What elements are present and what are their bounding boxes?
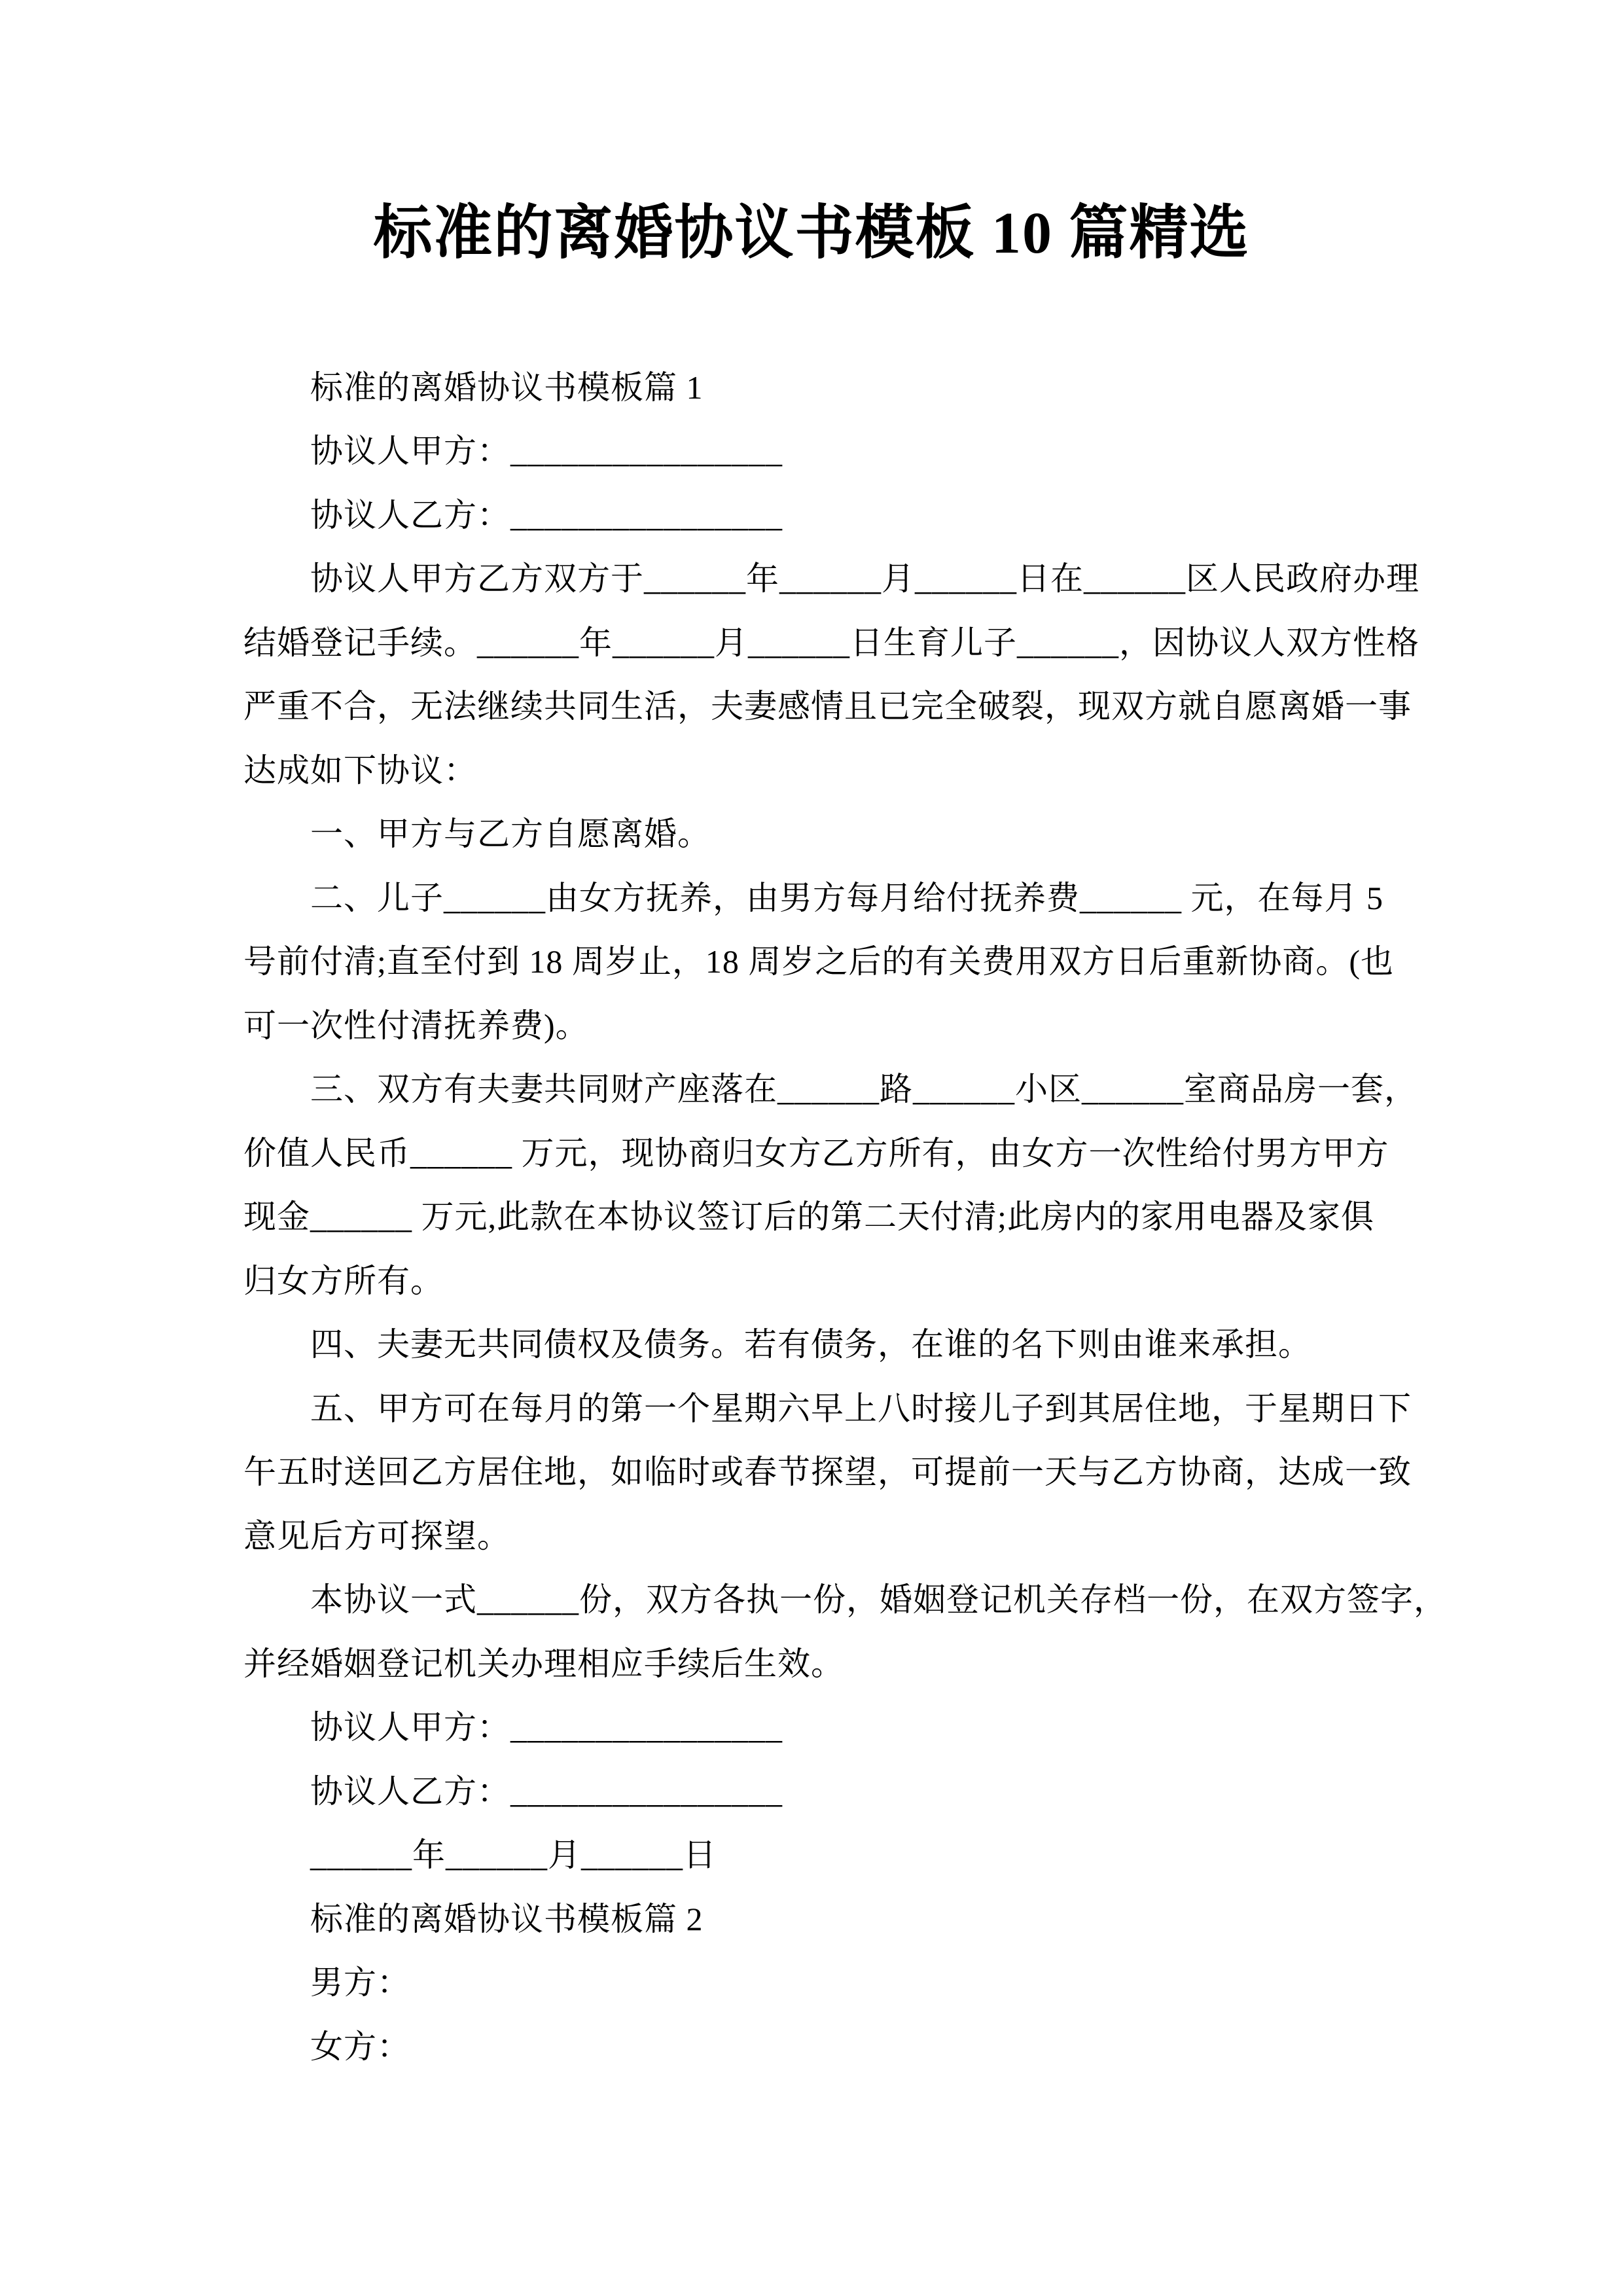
doc-line: 号前付清;直至付到 18 周岁止，18 周岁之后的有关费用双方日后重新协商。(也	[243, 930, 1414, 994]
party-b-blank-line: 协议人乙方：________________	[243, 484, 1414, 548]
husband-label-line: 男方：	[243, 1951, 1414, 2015]
signature-party-a-line: 协议人甲方：________________	[243, 1696, 1414, 1760]
section-2-heading: 标准的离婚协议书模板篇 2	[243, 1888, 1414, 1952]
document-body: 标准的离婚协议书模板篇 1 协议人甲方：________________ 协议人…	[0, 356, 1623, 2079]
clause-5-line: 五、甲方可在每月的第一个星期六早上八时接儿子到其居住地，于星期日下	[243, 1377, 1414, 1441]
doc-line: 归女方所有。	[243, 1249, 1414, 1314]
doc-line: 并经婚姻登记机关办理相应手续后生效。	[243, 1632, 1414, 1696]
doc-line: 结婚登记手续。______年______月______日生育儿子______，因…	[243, 611, 1414, 675]
doc-line: 现金______ 万元,此款在本协议签订后的第二天付清;此房内的家用电器及家俱	[243, 1185, 1414, 1249]
clause-3-line: 三、双方有夫妻共同财产座落在______路______小区______室商品房一…	[243, 1058, 1414, 1122]
doc-line: 严重不合，无法继续共同生活，夫妻感情且已完全破裂，现双方就自愿离婚一事	[243, 675, 1414, 739]
doc-line: 达成如下协议：	[243, 739, 1414, 803]
clause-4-line: 四、夫妻无共同债权及债务。若有债务，在谁的名下则由谁来承担。	[243, 1313, 1414, 1377]
doc-line: 意见后方可探望。	[243, 1505, 1414, 1569]
doc-line: 价值人民币______ 万元，现协商归女方乙方所有，由女方一次性给付男方甲方	[243, 1122, 1414, 1186]
page-title: 标准的离婚协议书模板 10 篇精选	[0, 0, 1623, 268]
doc-line: 协议人甲方乙方双方于______年______月______日在______区人…	[243, 547, 1414, 611]
signature-date-line: ______年______月______日	[243, 1823, 1414, 1888]
clause-1-line: 一、甲方与乙方自愿离婚。	[243, 802, 1414, 867]
clause-2-line: 二、儿子______由女方抚养，由男方每月给付抚养费______ 元，在每月 5	[243, 867, 1414, 931]
doc-line: 可一次性付清抚养费)。	[243, 994, 1414, 1058]
section-1-heading: 标准的离婚协议书模板篇 1	[243, 356, 1414, 420]
signature-party-b-line: 协议人乙方：________________	[243, 1760, 1414, 1824]
party-a-blank-line: 协议人甲方：________________	[243, 420, 1414, 484]
document-page: 标准的离婚协议书模板 10 篇精选 标准的离婚协议书模板篇 1 协议人甲方：__…	[0, 0, 1623, 2296]
doc-line: 午五时送回乙方居住地，如临时或春节探望，可提前一天与乙方协商，达成一致	[243, 1441, 1414, 1505]
wife-label-line: 女方：	[243, 2015, 1414, 2079]
doc-line: 本协议一式______份，双方各执一份，婚姻登记机关存档一份，在双方签字，	[243, 1568, 1414, 1632]
